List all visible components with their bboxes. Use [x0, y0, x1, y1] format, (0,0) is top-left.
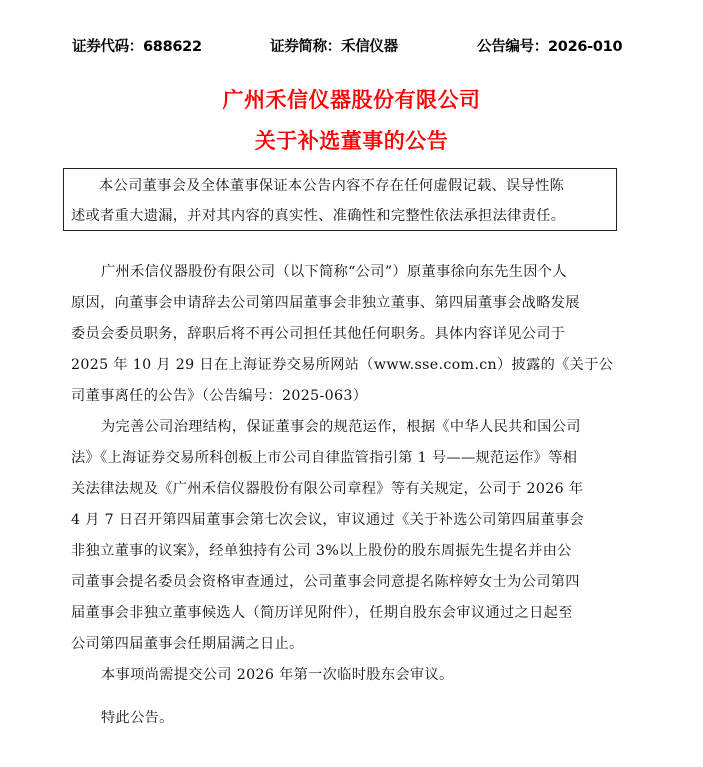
paragraph-line: 关法律法规及《广州禾信仪器股份有限公司章程》等有关规定，公司于 2026 年: [71, 478, 583, 498]
announcement-number: 公告编号：2026-010: [477, 35, 622, 56]
paragraph-line: 4 月 7 日召开第四届董事会第七次会议，审议通过《关于补选公司第四届董事会: [71, 509, 584, 529]
paragraph-line: 届董事会非独立董事候选人（简历详见附件），任期自股东会审议通过之日起至: [71, 602, 573, 622]
paragraph-line: 司董事离任的公告》（公告编号：2025-063）: [71, 385, 367, 405]
disclaimer-line: 本公司董事会及全体董事保证本公告内容不存在任何虚假记载、误导性陈: [99, 175, 564, 195]
paragraph-line: 2025 年 10 月 29 日在上海证券交易所网站（www.sse.com.c…: [71, 354, 613, 374]
stock-abbreviation: 证券简称：禾信仪器: [270, 35, 398, 56]
company-title: 广州禾信仪器股份有限公司: [0, 84, 703, 114]
disclaimer-box: 本公司董事会及全体董事保证本公告内容不存在任何虚假记载、误导性陈 述或者重大遗漏…: [63, 168, 617, 231]
paragraph-shareholder-review: 本事项尚需提交公司 2026 年第一次临时股东会审议。: [101, 664, 454, 684]
paragraph-line: 公司第四届董事会任期届满之日止。: [71, 633, 304, 653]
closing-statement: 特此公告。: [101, 707, 174, 727]
paragraph-line: 非独立董事的议案》，经单独持有公司 3%以上股份的股东周振先生提名并由公: [71, 540, 572, 560]
paragraph-line: 司董事会提名委员会资格审查通过，公司董事会同意提名陈梓婷女士为公司第四: [71, 571, 580, 591]
paragraph-line: 委员会委员职务，辞职后将不再公司担任其他任何职务。具体内容详见公司于: [71, 323, 565, 343]
announcement-subject: 关于补选董事的公告: [0, 125, 703, 155]
paragraph-line: 法》《上海证券交易所科创板上市公司自律监管指引第 1 号——规范运作》等相: [71, 447, 577, 467]
stock-code: 证券代码：688622: [72, 35, 202, 56]
announcement-header: 证券代码：688622 证券简称：禾信仪器 公告编号：2026-010: [0, 35, 703, 57]
paragraph-line: 原因，向董事会申请辞去公司第四届董事会非独立董事、第四届董事会战略发展: [71, 292, 580, 312]
disclaimer-line: 述或者重大遗漏，并对其内容的真实性、准确性和完整性依法承担法律责任。: [71, 205, 565, 225]
paragraph-line: 为完善公司治理结构，保证董事会的规范运作，根据《中华人民共和国公司: [101, 416, 581, 436]
paragraph-line: 广州禾信仪器股份有限公司（以下简称“公司”）原董事徐向东先生因个人: [101, 261, 567, 281]
